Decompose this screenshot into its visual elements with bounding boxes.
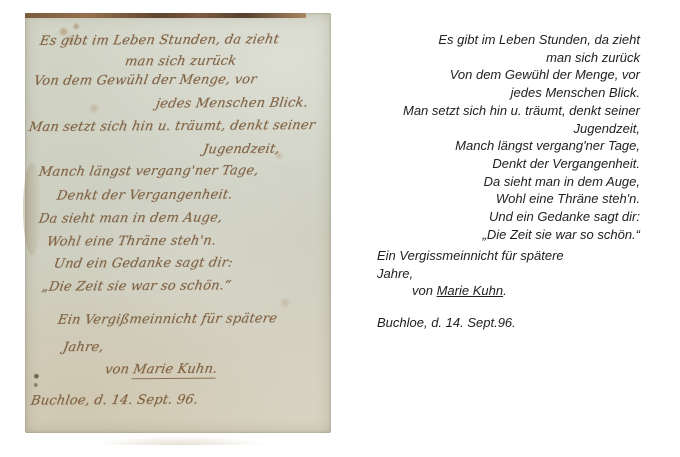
poem-line: man sich zurück	[403, 49, 640, 67]
handwritten-line: Jugendzeit,	[202, 142, 281, 158]
dateline: Buchloe, d. 14. Sept.96.	[377, 314, 564, 332]
poem-line: Da sieht man in dem Auge,	[403, 173, 640, 191]
manuscript-photo: Es gibt im Leben Stunden, da zieht man s…	[25, 13, 331, 433]
handwritten-line: Von dem Gewühl der Menge, vor	[33, 72, 258, 89]
handwritten-line: Da sieht man in dem Auge,	[38, 210, 224, 226]
paper-stain	[65, 433, 295, 445]
byline: von Marie Kuhn.	[377, 282, 564, 300]
poem-line: Wohl eine Thräne steh'n.	[403, 190, 640, 208]
poem-line: Manch längst vergang'ner Tage,	[403, 137, 640, 155]
poem-line: Und ein Gedanke sagt dir:	[403, 208, 640, 226]
handwritten-text: Es gibt im Leben Stunden, da zieht man s…	[25, 13, 331, 433]
handwritten-line: Denkt der Vergangenheit.	[56, 187, 234, 203]
poem-line: Denkt der Vergangenheit.	[403, 155, 640, 173]
poem-line: Man setzt sich hin u. träumt, denkt sein…	[403, 102, 640, 120]
poem-line: „Die Zeit sie war so schön.“	[403, 226, 640, 244]
handwritten-line: Jahre,	[62, 340, 105, 355]
page: Es gibt im Leben Stunden, da zieht man s…	[0, 0, 680, 457]
handwritten-line: Es gibt im Leben Stunden, da zieht	[39, 32, 281, 49]
handwritten-line: jedes Menschen Blick.	[155, 95, 310, 111]
poem-transcription: Es gibt im Leben Stunden, da zieht man s…	[403, 31, 640, 243]
handwritten-line: Und ein Gedanke sagt dir:	[53, 255, 234, 271]
handwritten-line: Ein Vergißmeinnicht für spätere	[57, 311, 279, 328]
byline-name: Marie Kuhn	[437, 283, 503, 298]
poem-line: Von dem Gewühl der Menge, vor	[403, 66, 640, 84]
byline-suffix: .	[503, 283, 507, 298]
handwritten-byline-prefix: von	[104, 362, 131, 377]
handwritten-byline: vonMarie Kuhn.	[104, 362, 219, 378]
poem-line: Es gibt im Leben Stunden, da zieht	[403, 31, 640, 49]
poem-line: Jugendzeit,	[403, 120, 640, 138]
byline-prefix: von	[412, 283, 433, 298]
handwritten-line: Man setzt sich hin u. träumt, denkt sein…	[28, 118, 317, 135]
dedication-line: Jahre,	[377, 265, 564, 283]
handwritten-dateline: Buchloe, d. 14. Sept. 96.	[30, 392, 200, 408]
handwritten-line: Wohl eine Thräne steh'n.	[46, 233, 218, 249]
handwritten-signature: Marie Kuhn.	[132, 362, 219, 380]
dedication-line: Ein Vergissmeinnicht für spätere	[377, 247, 564, 265]
handwritten-line: man sich zurück	[124, 54, 238, 70]
dedication-block: Ein Vergissmeinnicht für spätere Jahre, …	[377, 247, 564, 332]
handwritten-line: Manch längst vergang'ner Tage,	[38, 163, 260, 180]
handwritten-line: „Die Zeit sie war so schön.“	[41, 278, 233, 294]
poem-line: jedes Menschen Blick.	[403, 84, 640, 102]
